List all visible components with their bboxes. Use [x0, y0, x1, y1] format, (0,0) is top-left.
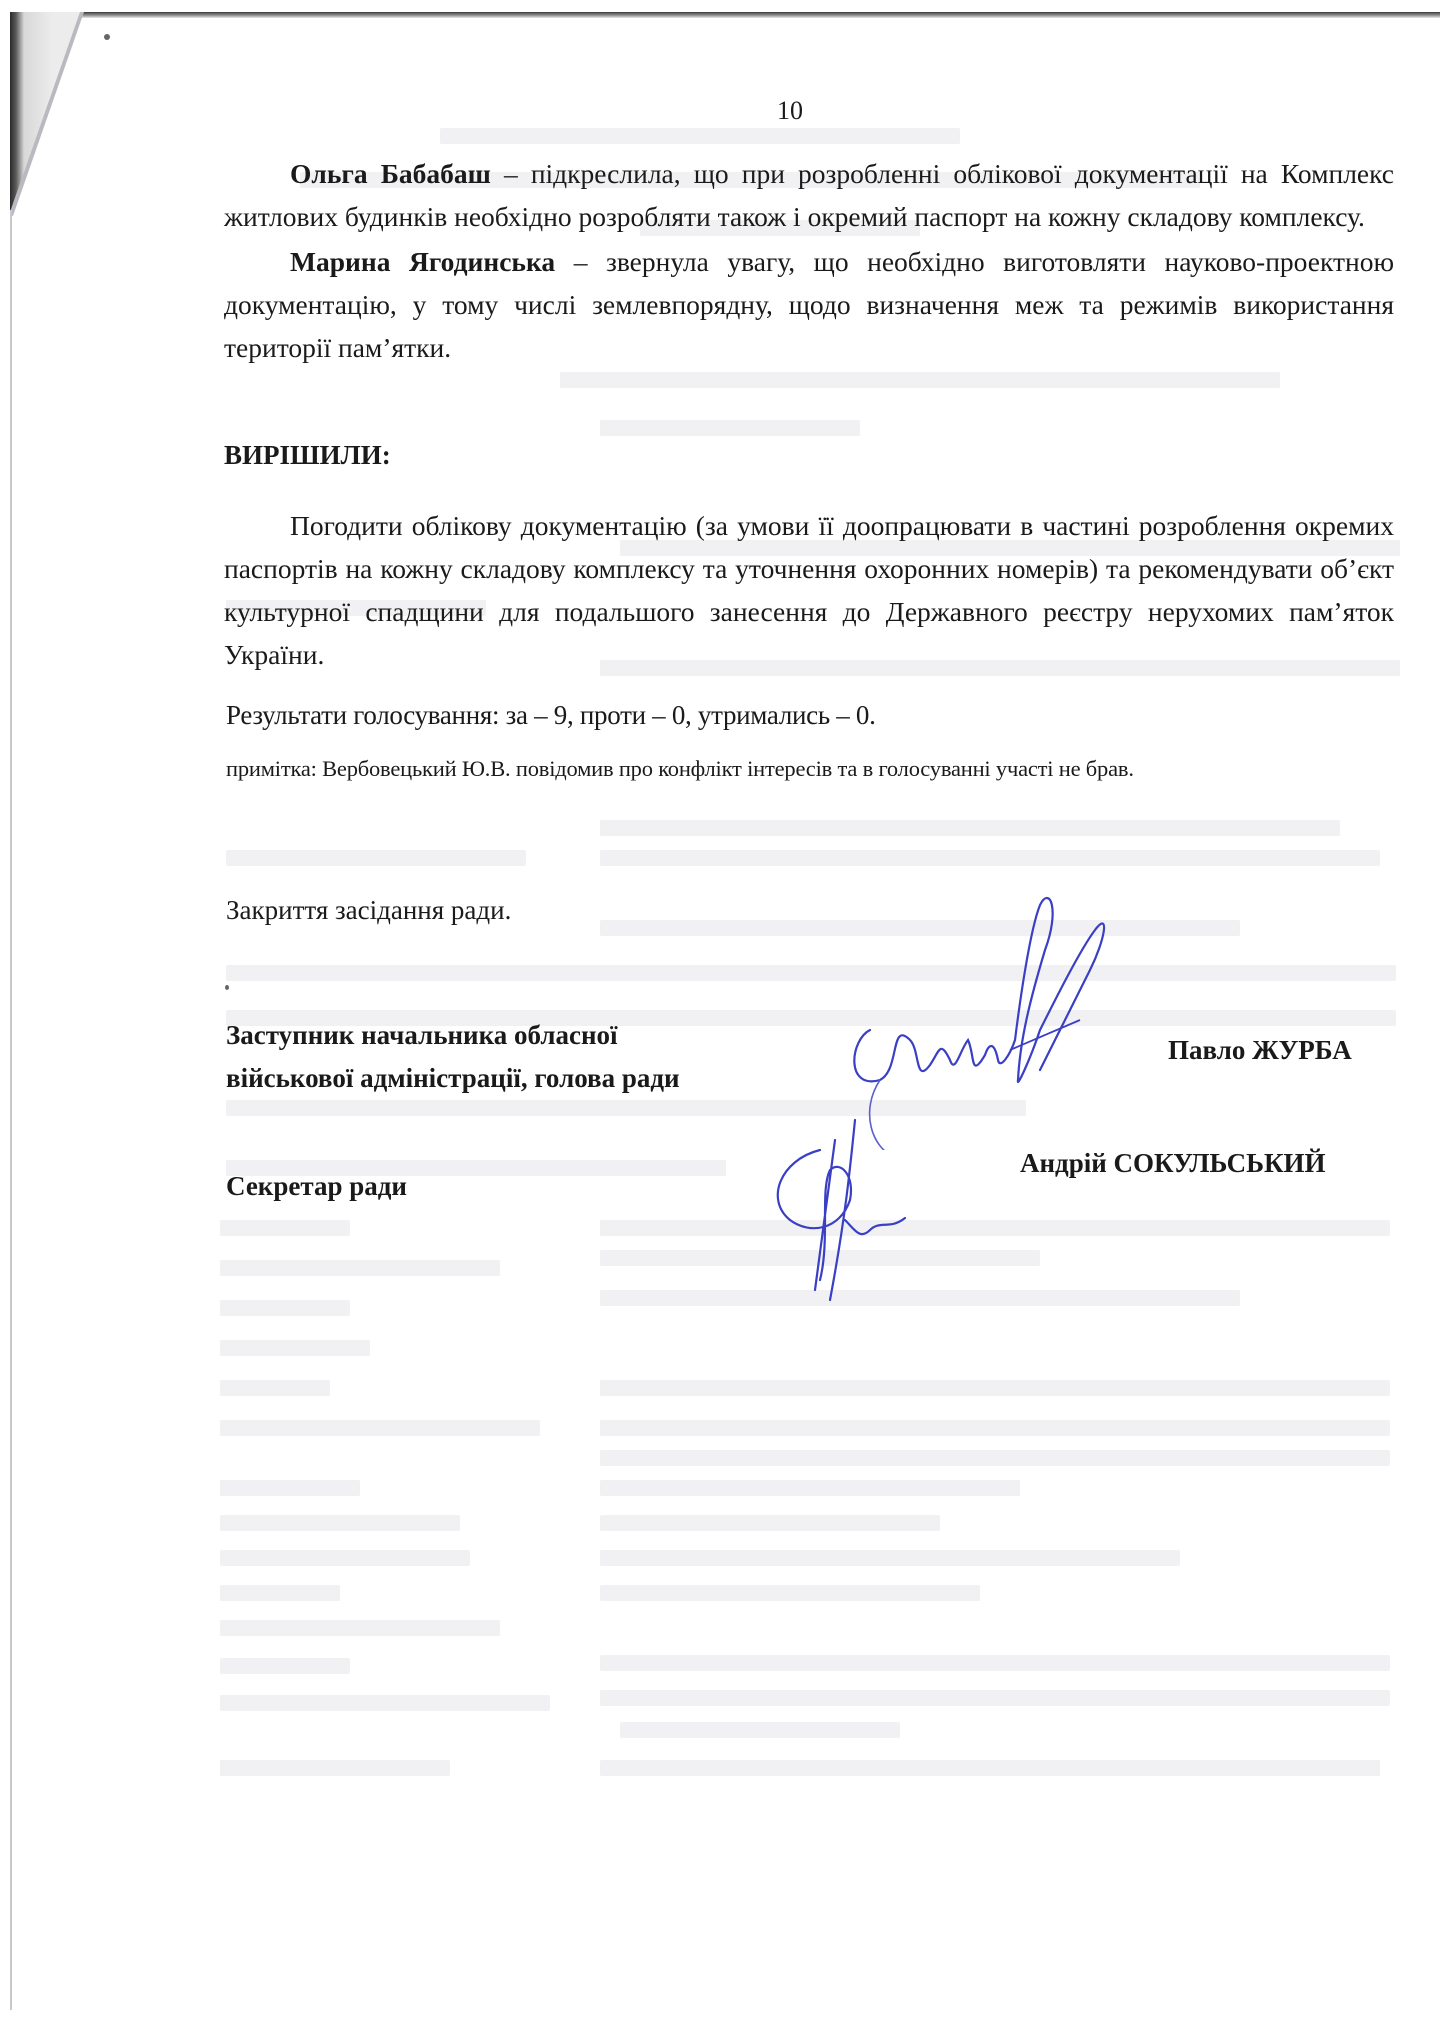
signatory-name-chair: Павло ЖУРБА — [1168, 1035, 1352, 1066]
speaker-name: Марина Ягодинська — [290, 246, 555, 277]
decision-text: Погодити облікову документацію (за умови… — [224, 504, 1394, 676]
signatory-title-chair: Заступник начальника обласної військової… — [226, 1014, 680, 1100]
scan-border-top — [10, 12, 1440, 18]
signatory-name-secretary: Андрій СОКУЛЬСЬКИЙ — [1020, 1148, 1326, 1179]
page-number: 10 — [0, 96, 1440, 126]
decision-block: Погодити облікову документацію (за умови… — [224, 504, 1394, 676]
speaker-paragraph: Ольга Бабабаш – підкреслила, що при розр… — [224, 152, 1394, 238]
vote-results: Результати голосування: за – 9, проти – … — [226, 700, 876, 731]
decision-heading: ВИРІШИЛИ: — [224, 440, 391, 471]
speaker-name: Ольга Бабабаш — [290, 158, 491, 189]
scan-border-left — [10, 210, 12, 2010]
vote-note: примітка: Вербовецький Ю.В. повідомив пр… — [226, 748, 1392, 790]
scan-speck — [104, 34, 110, 40]
discussion-block: Ольга Бабабаш – підкреслила, що при розр… — [224, 152, 1394, 369]
signatory-title-secretary: Секретар ради — [226, 1165, 407, 1208]
speaker-paragraph: Марина Ягодинська – звернула увагу, що н… — [224, 240, 1394, 369]
scan-speck — [225, 985, 229, 990]
closing-line: Закриття засідання ради. — [226, 895, 511, 926]
